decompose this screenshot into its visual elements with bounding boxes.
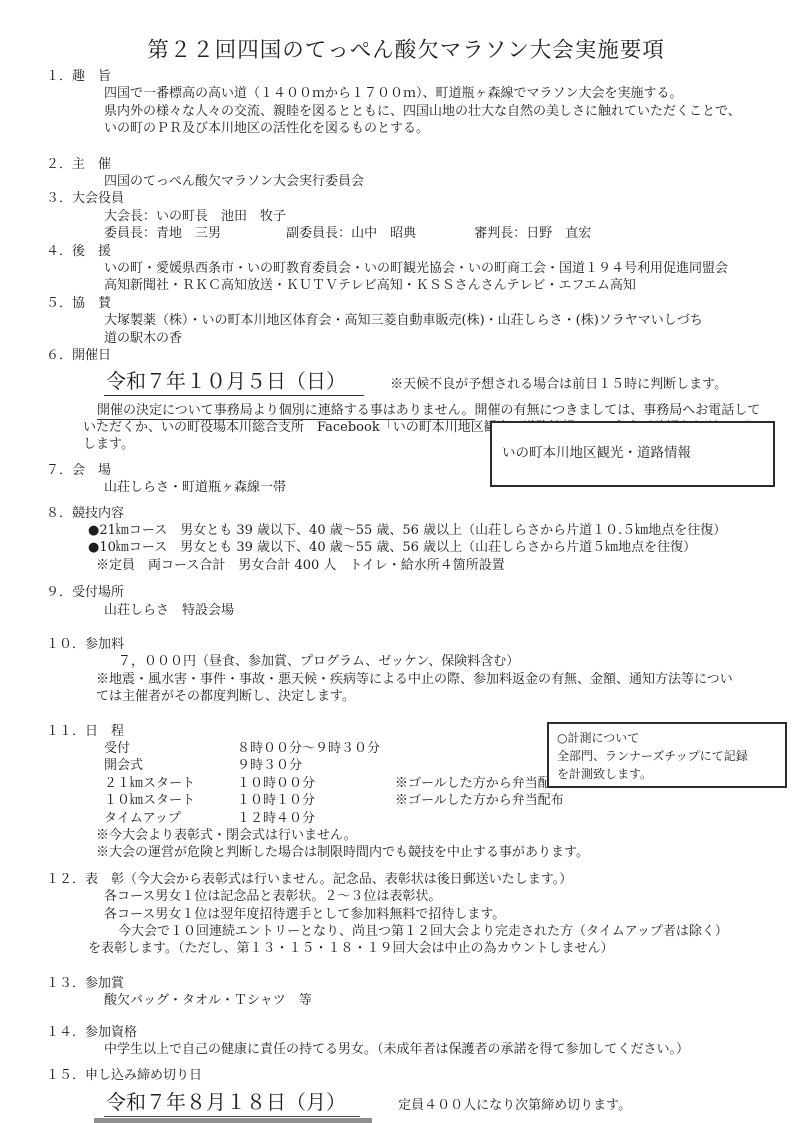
- section-participation-prize: １３．参加賞 酸欠バッグ・タオル・Ｔシャツ 等: [46, 975, 766, 1010]
- section-heading: ８．競技内容: [46, 505, 766, 522]
- section-number: １５．: [46, 1067, 85, 1084]
- section-heading-text: 日 程: [85, 724, 124, 739]
- schedule-time: １２時４０分: [237, 810, 395, 827]
- schedule-remark: ※今大会より表彰式・閉会式は行いません。: [96, 827, 766, 844]
- refund-note-line: ※地震・風水害・事件・事故・悪天候・疾病等による中止の際、参加料返金の有無、金額…: [96, 671, 766, 688]
- section-heading-text: 趣 旨: [72, 69, 111, 84]
- course-21km-line: ●21㎞コース 男女とも 39 歳以下、40 歳～55 歳、56 歳以上（山荘し…: [88, 522, 766, 539]
- section-heading: １．趣 旨: [46, 68, 766, 85]
- officer-fukuiincho: 副委員長：山中 昭典: [286, 225, 470, 242]
- section-number: １３．: [46, 975, 85, 992]
- section-awards: １２．表 彰（今大会から表彰式は行いません。記念品、表彰状は後日郵送いたします。…: [46, 871, 766, 958]
- section-heading: ５．協 賛: [46, 295, 766, 312]
- text-line: を表彰します。（ただし、第１３・１５・１８・１９回大会は中止の為カウントしません…: [88, 940, 766, 957]
- section-heading-text: 主 催: [72, 157, 111, 172]
- event-date-line: 令和７年１０月５日（日） ※天候不良が予想される場合は前日１５時に判断します。: [104, 368, 766, 398]
- text-line: 中学生以上で自己の健康に責任の持てる男女。（未成年者は保護者の承諾を得て参加して…: [104, 1041, 766, 1058]
- section-number: ３．: [46, 190, 72, 207]
- section-heading: １３．参加賞: [46, 975, 766, 992]
- text-line: 山荘しらさ 特設会場: [104, 602, 766, 619]
- section-heading-text: 開催日: [72, 348, 111, 363]
- deadline-line: 令和７年８月１８日（月） 定員４００人になり次第締め切ります。: [104, 1087, 766, 1121]
- fee-line: ７，０００円（昼食、参加賞、プログラム、ゼッケン、保険料含む）: [118, 653, 766, 670]
- weather-note: ※天候不良が予想される場合は前日１５時に判断します。: [390, 377, 727, 392]
- officers-row: 委員長：青地 三男 副委員長：山中 昭典 審判長：日野 直宏: [104, 225, 766, 242]
- schedule-label: タイムアップ: [104, 810, 237, 827]
- section-purpose: １．趣 旨 四国で一番標高の高い道（１４００ｍから１７００ｍ）、町道瓶ヶ森線でマ…: [46, 68, 766, 138]
- text-line: 県内外の様々な人々の交流、親睦を図るとともに、四国山地の壮大な自然の美しさに触れ…: [104, 103, 766, 120]
- document-page: 第２２回四国のてっぺん酸欠マラソン大会実施要項 １．趣 旨 四国で一番標高の高い…: [0, 0, 794, 1123]
- section-officials: ３．大会役員 大会長：いの町長 池田 牧子 委員長：青地 三男 副委員長：山中 …: [46, 190, 766, 242]
- measurement-note-line: 全部門、ランナーズチップにて記録: [557, 747, 777, 765]
- deadline-note: 定員４００人になり次第締め切ります。: [398, 1098, 631, 1113]
- section-number: ９．: [46, 584, 72, 601]
- section-number: １２．: [46, 871, 85, 888]
- section-heading-text: 大会役員: [72, 191, 124, 206]
- text-line: 酸欠バッグ・タオル・Ｔシャツ 等: [104, 992, 766, 1009]
- section-number: ７．: [46, 462, 72, 479]
- text-line: いの町・愛媛県西条市・いの町教育委員会・いの町観光協会・いの町商工会・国道１９４…: [104, 260, 766, 277]
- text-line: 高知新聞社・ＲＫＣ高知放送・ＫＵＴＶテレビ高知・ＫＳＳさんさんテレビ・エフエム高…: [104, 277, 766, 294]
- section-eligibility: １４．参加資格 中学生以上で自己の健康に責任の持てる男女。（未成年者は保護者の承…: [46, 1024, 766, 1059]
- text-line: 各コース男女１位は記念品と表彰状。２～３位は表彰状。: [104, 888, 766, 905]
- schedule-label: １０㎞スタート: [104, 792, 237, 809]
- measurement-note-line: を計測致します。: [557, 765, 777, 783]
- section-number: １０．: [46, 636, 85, 653]
- section-number: ２．: [46, 156, 72, 173]
- refund-note-line: ては主催者がその都度判断し、決定します。: [96, 688, 766, 705]
- facebook-info-box: いの町本川地区観光・道路情報: [490, 421, 775, 487]
- schedule-row: タイムアップ １２時４０分: [104, 810, 766, 827]
- section-heading-text: 協 賛: [72, 296, 111, 311]
- section-number: １．: [46, 68, 72, 85]
- event-date: 令和７年１０月５日（日）: [104, 369, 364, 396]
- section-heading: ６．開催日: [46, 347, 766, 364]
- text-line: 各コース男女１位は翌年度招待選手として参加料無料で招待します。: [104, 906, 766, 923]
- section-organizer: ２．主 催 四国のてっぺん酸欠マラソン大会実行委員会: [46, 156, 766, 191]
- section-competition: ８．競技内容 ●21㎞コース 男女とも 39 歳以下、40 歳～55 歳、56 …: [46, 505, 766, 575]
- schedule-note: ※ゴールした方から弁当配布: [395, 792, 564, 809]
- chairman-line: 大会長：いの町長 池田 牧子: [104, 208, 766, 225]
- section-number: ６．: [46, 347, 72, 364]
- section-heading-text: 表 彰: [85, 872, 124, 887]
- schedule-time: １０時１０分: [237, 792, 395, 809]
- section-heading-text: 参加料: [85, 637, 124, 652]
- section-heading-text: 受付場所: [72, 585, 124, 600]
- section-heading: １５．申し込み締め切り日: [46, 1067, 766, 1084]
- section-heading-text: 競技内容: [72, 506, 124, 521]
- schedule-row: １０㎞スタート １０時１０分 ※ゴールした方から弁当配布: [104, 792, 766, 809]
- schedule-time: ８時００分～９時３０分: [237, 740, 395, 757]
- section-heading: １０．参加料: [46, 636, 766, 653]
- section-deadline: １５．申し込み締め切り日 令和７年８月１８日（月） 定員４００人になり次第締め切…: [46, 1067, 766, 1121]
- officer-shinpancho: 審判長：日野 直宏: [474, 226, 591, 241]
- facebook-info-label: いの町本川地区観光・道路情報: [502, 445, 691, 462]
- section-heading: １４．参加資格: [46, 1024, 766, 1041]
- course-10km-line: ●10㎞コース 男女とも 39 歳以下、40 歳～55 歳、56 歳以上（山荘し…: [88, 539, 766, 556]
- capacity-note: ※定員 両コース合計 男女合計 400 人 トイレ・給水所４箇所設置: [96, 557, 766, 574]
- section-number: ５．: [46, 295, 72, 312]
- section-number: ８．: [46, 505, 72, 522]
- section-heading-text: 参加資格: [85, 1025, 137, 1040]
- section-heading-text: 会 場: [72, 463, 111, 478]
- officer-iincho: 委員長：青地 三男: [104, 225, 282, 242]
- section-heading: ９．受付場所: [46, 584, 766, 601]
- schedule-label: 開会式: [104, 757, 237, 774]
- section-number: ４．: [46, 243, 72, 260]
- section-heading: ４．後 援: [46, 243, 766, 260]
- schedule-time: １０時００分: [237, 775, 395, 792]
- section-heading-text: 申し込み締め切り日: [85, 1068, 202, 1083]
- section-heading: ２．主 催: [46, 156, 766, 173]
- schedule-note: ※ゴールした方から弁当配布: [395, 775, 564, 792]
- section-heading-note: （今大会から表彰式は行いません。記念品、表彰状は後日郵送いたします。）: [124, 872, 572, 887]
- schedule-remark: ※大会の運営が危険と判断した場合は制限時間内でも競技を中止する事があります。: [96, 844, 766, 861]
- section-heading: ３．大会役員: [46, 190, 766, 207]
- section-sponsors: ５．協 賛 大塚製薬（株）・いの町本川地区体育会・高知三菱自動車販売(株)・山荘…: [46, 295, 766, 347]
- schedule-label: ２１㎞スタート: [104, 775, 237, 792]
- section-heading-text: 参加賞: [85, 976, 124, 991]
- text-line: 道の駅木の香: [104, 330, 766, 347]
- measurement-note-box: ○計測について 全部門、ランナーズチップにて記録 を計測致します。: [547, 722, 787, 788]
- section-number: １１．: [46, 723, 85, 740]
- section-entry-fee: １０．参加料 ７，０００円（昼食、参加賞、プログラム、ゼッケン、保険料含む） ※…: [46, 636, 766, 706]
- page-title: 第２２回四国のてっぺん酸欠マラソン大会実施要項: [46, 36, 766, 65]
- section-number: １４．: [46, 1024, 85, 1041]
- text-line: いの町のＰＲ及び本川地区の活性化を図るものとする。: [104, 120, 766, 137]
- schedule-label: 受付: [104, 740, 237, 757]
- deadline-date: 令和７年８月１８日（月）: [104, 1090, 360, 1117]
- text-line: 大塚製薬（株）・いの町本川地区体育会・高知三菱自動車販売(株)・山荘しらさ・(株…: [104, 312, 766, 329]
- section-reception: ９．受付場所 山荘しらさ 特設会場: [46, 584, 766, 619]
- section-support: ４．後 援 いの町・愛媛県西条市・いの町教育委員会・いの町観光協会・いの町商工会…: [46, 243, 766, 295]
- text-line: 今大会で１０回連続エントリーとなり、尚且つ第１２回大会より完走された方（タイムア…: [118, 923, 766, 940]
- section-heading-text: 後 援: [72, 244, 111, 259]
- text-line: 四国のてっぺん酸欠マラソン大会実行委員会: [104, 173, 766, 190]
- measurement-note-title: ○計測について: [557, 729, 777, 747]
- schedule-time: ９時３０分: [237, 757, 395, 774]
- text-line: 四国で一番標高の高い道（１４００ｍから１７００ｍ）、町道瓶ヶ森線でマラソン大会を…: [104, 85, 766, 102]
- section-heading: １２．表 彰（今大会から表彰式は行いません。記念品、表彰状は後日郵送いたします。…: [46, 871, 766, 888]
- no-individual-contact-note: 開催の決定について事務局より個別に連絡する事はありません。: [97, 403, 475, 420]
